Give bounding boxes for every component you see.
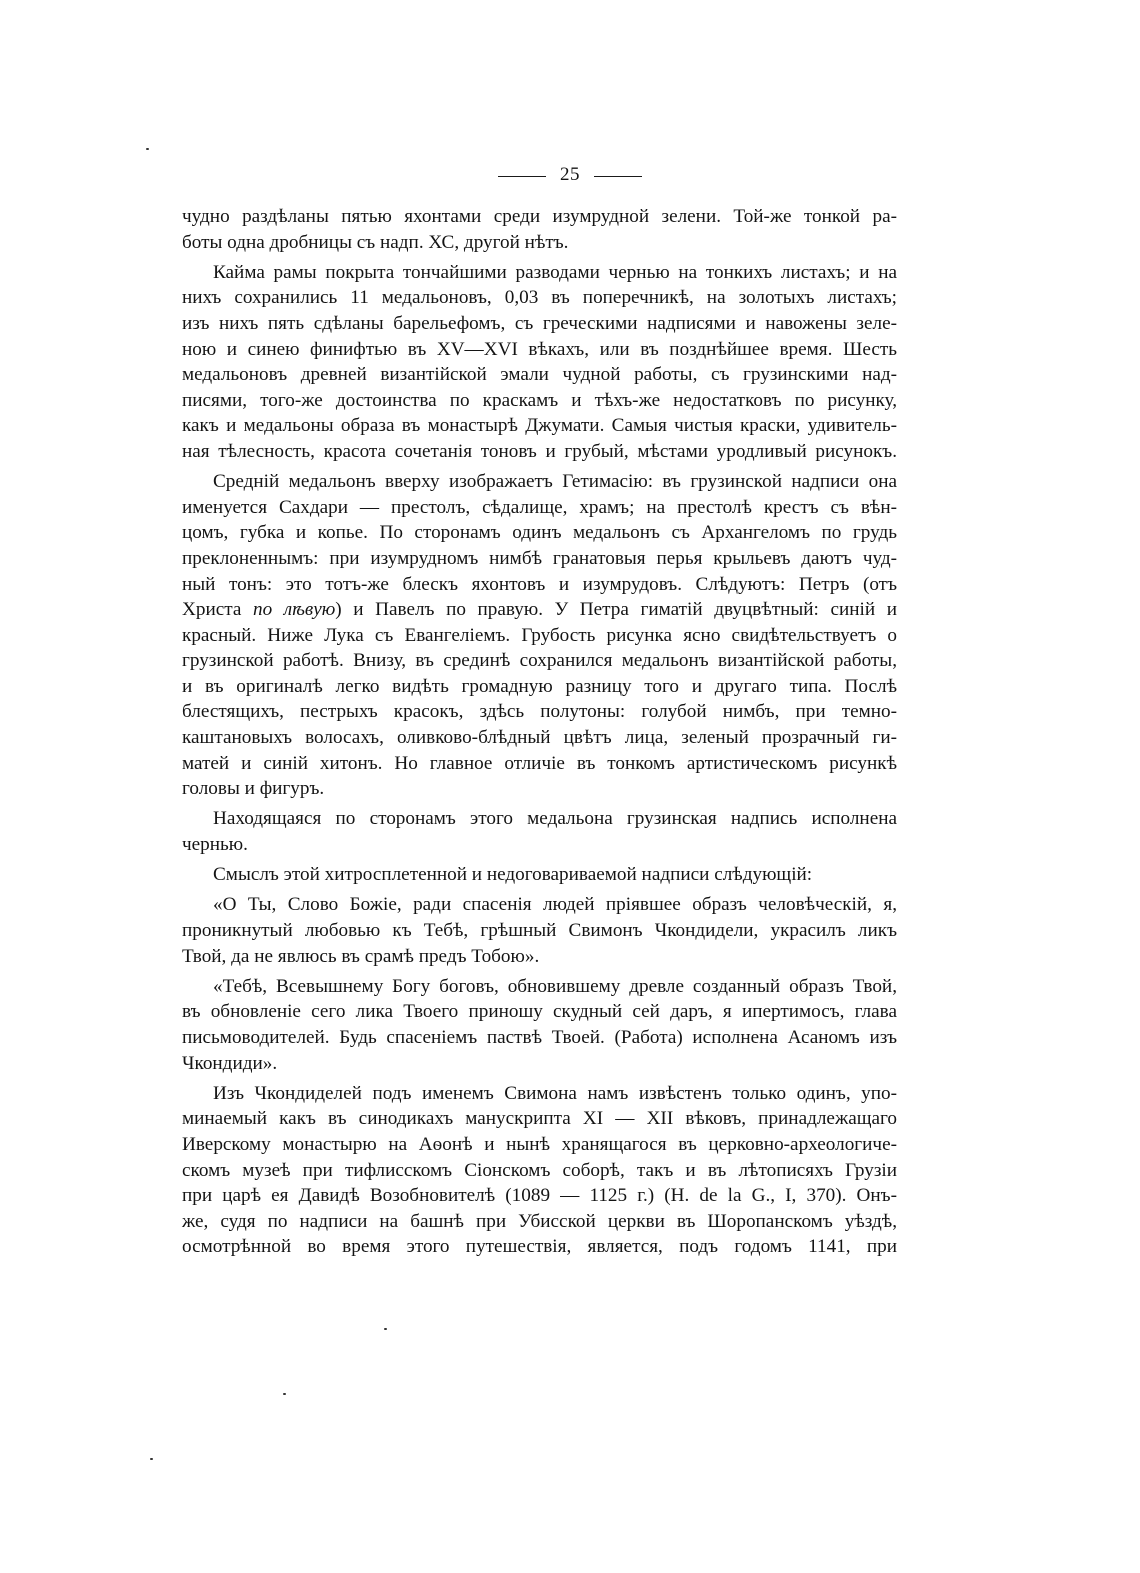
text-line: «Тебѣ, Всевышнему Богу боговъ, обновивше… [151,974,897,1000]
text-line: и въ оригиналѣ легко видѣть громадную ра… [151,674,897,700]
text-line: Находящаяся по сторонамъ этого медальона… [151,806,897,832]
text-line: красный. Ниже Лука съ Евангеліемъ. Грубо… [151,623,897,649]
text-line: головы и фигуръ. [151,776,897,802]
text-line: грузинской работѣ. Внизу, въ срединѣ сох… [151,648,897,674]
paragraph: Находящаяся по сторонамъ этого медальона… [151,806,897,857]
text-line: блестящихъ, пестрыхъ красокъ, здѣсь полу… [151,699,897,725]
text-line: осмотрѣнной во время этого путешествія, … [151,1234,897,1260]
text-line: при царѣ ея Давидѣ Возобновителѣ (1089 —… [151,1183,897,1209]
text-line: Кайма рамы покрыта тончайшими разводами … [151,260,897,286]
text-line: Смыслъ этой хитросплетенной и недоговари… [151,862,897,888]
text-line: какъ и медальоны образа въ монастырѣ Джу… [151,413,897,439]
header-rule-right [594,176,642,177]
text-line: Твой, да не явлюсь въ срамѣ предъ Тобою»… [151,944,897,970]
quote-paragraph: «О Ты, Слово Божіе, ради спасенія людей … [151,892,897,969]
paragraph: Кайма рамы покрыта тончайшими разводами … [151,260,897,465]
text-line: боты одна дробницы съ надп. ХС, другой н… [151,230,897,256]
text-line: скомъ музеѣ при тифлисскомъ Сіонскомъ со… [151,1158,897,1184]
text-line: чернью. [151,832,897,858]
text-line: чудно раздѣланы пятью яхонтами среди изу… [151,204,897,230]
text-line: минаемый какъ въ синодикахъ манускрипта … [151,1106,897,1132]
scan-speck [146,148,149,150]
paragraph: Средній медальонъ вверху изображаетъ Гет… [151,469,897,802]
text-line: «О Ты, Слово Божіе, ради спасенія людей … [151,892,897,918]
text-line: медальоновъ древней византійской эмали ч… [151,362,897,388]
text-line: ный тонъ: это тотъ-же блескъ яхонтовъ и … [151,572,897,598]
text-line: Средній медальонъ вверху изображаетъ Гет… [151,469,897,495]
header-rule-left [498,176,546,177]
paragraph: Смыслъ этой хитросплетенной и недоговари… [151,862,897,888]
text-line: въ обновленіе сего лика Твоего приношу с… [151,999,897,1025]
text-line: ною и синею финифтью въ XV—XVI вѣкахъ, и… [151,337,897,363]
text-line: нихъ сохранились 11 медальоновъ, 0,03 въ… [151,285,897,311]
text-line: преклоненнымъ: при изумрудномъ нимбѣ гра… [151,546,897,572]
text-line: изъ нихъ пять сдѣланы барельефомъ, съ гр… [151,311,897,337]
scan-speck [150,1458,153,1460]
text-segment: ) и Павелъ по правую. У Петра гиматій дв… [335,599,897,620]
text-line: письмоводителей. Будь спасеніемъ паствѣ … [151,1025,897,1051]
text-line: Чкондиди». [151,1051,897,1077]
italic-phrase: по лѣвую [253,599,335,620]
text-line: писями, того-же достоинства по краскамъ … [151,388,897,414]
text-line: проникнутый любовью къ Тебѣ, грѣшный Сви… [151,918,897,944]
text-line: цомъ, губка и копье. По сторонамъ одинъ … [151,520,897,546]
page-header: 25 [0,162,1140,188]
text-line: Изъ Чкондиделей подъ именемъ Свимона нам… [151,1081,897,1107]
paragraph: чудно раздѣланы пятью яхонтами среди изу… [151,204,897,255]
quote-paragraph: «Тебѣ, Всевышнему Богу боговъ, обновивше… [151,974,897,1076]
text-line: каштановыхъ волосахъ, оливково-блѣдный ц… [151,725,897,751]
body-text: чудно раздѣланы пятью яхонтами среди изу… [151,204,897,1265]
text-line: Иверскому монастырю на Аѳонѣ и нынѣ хран… [151,1132,897,1158]
text-line-with-italic: Христа по лѣвую) и Павелъ по правую. У П… [151,597,897,623]
text-line: ная тѣлесность, красота сочетанія тоновъ… [151,439,897,465]
text-line: именуется Сахдари — престолъ, сѣдалище, … [151,495,897,521]
page-number: 25 [560,164,580,186]
scan-speck [384,1328,387,1330]
text-line: же, судя по надписи на башнѣ при Убисско… [151,1209,897,1235]
text-line: матей и синій хитонъ. Но главное отличіе… [151,751,897,777]
text-segment: Христа [182,599,253,620]
paragraph: Изъ Чкондиделей подъ именемъ Свимона нам… [151,1081,897,1260]
scan-speck [283,1393,286,1395]
